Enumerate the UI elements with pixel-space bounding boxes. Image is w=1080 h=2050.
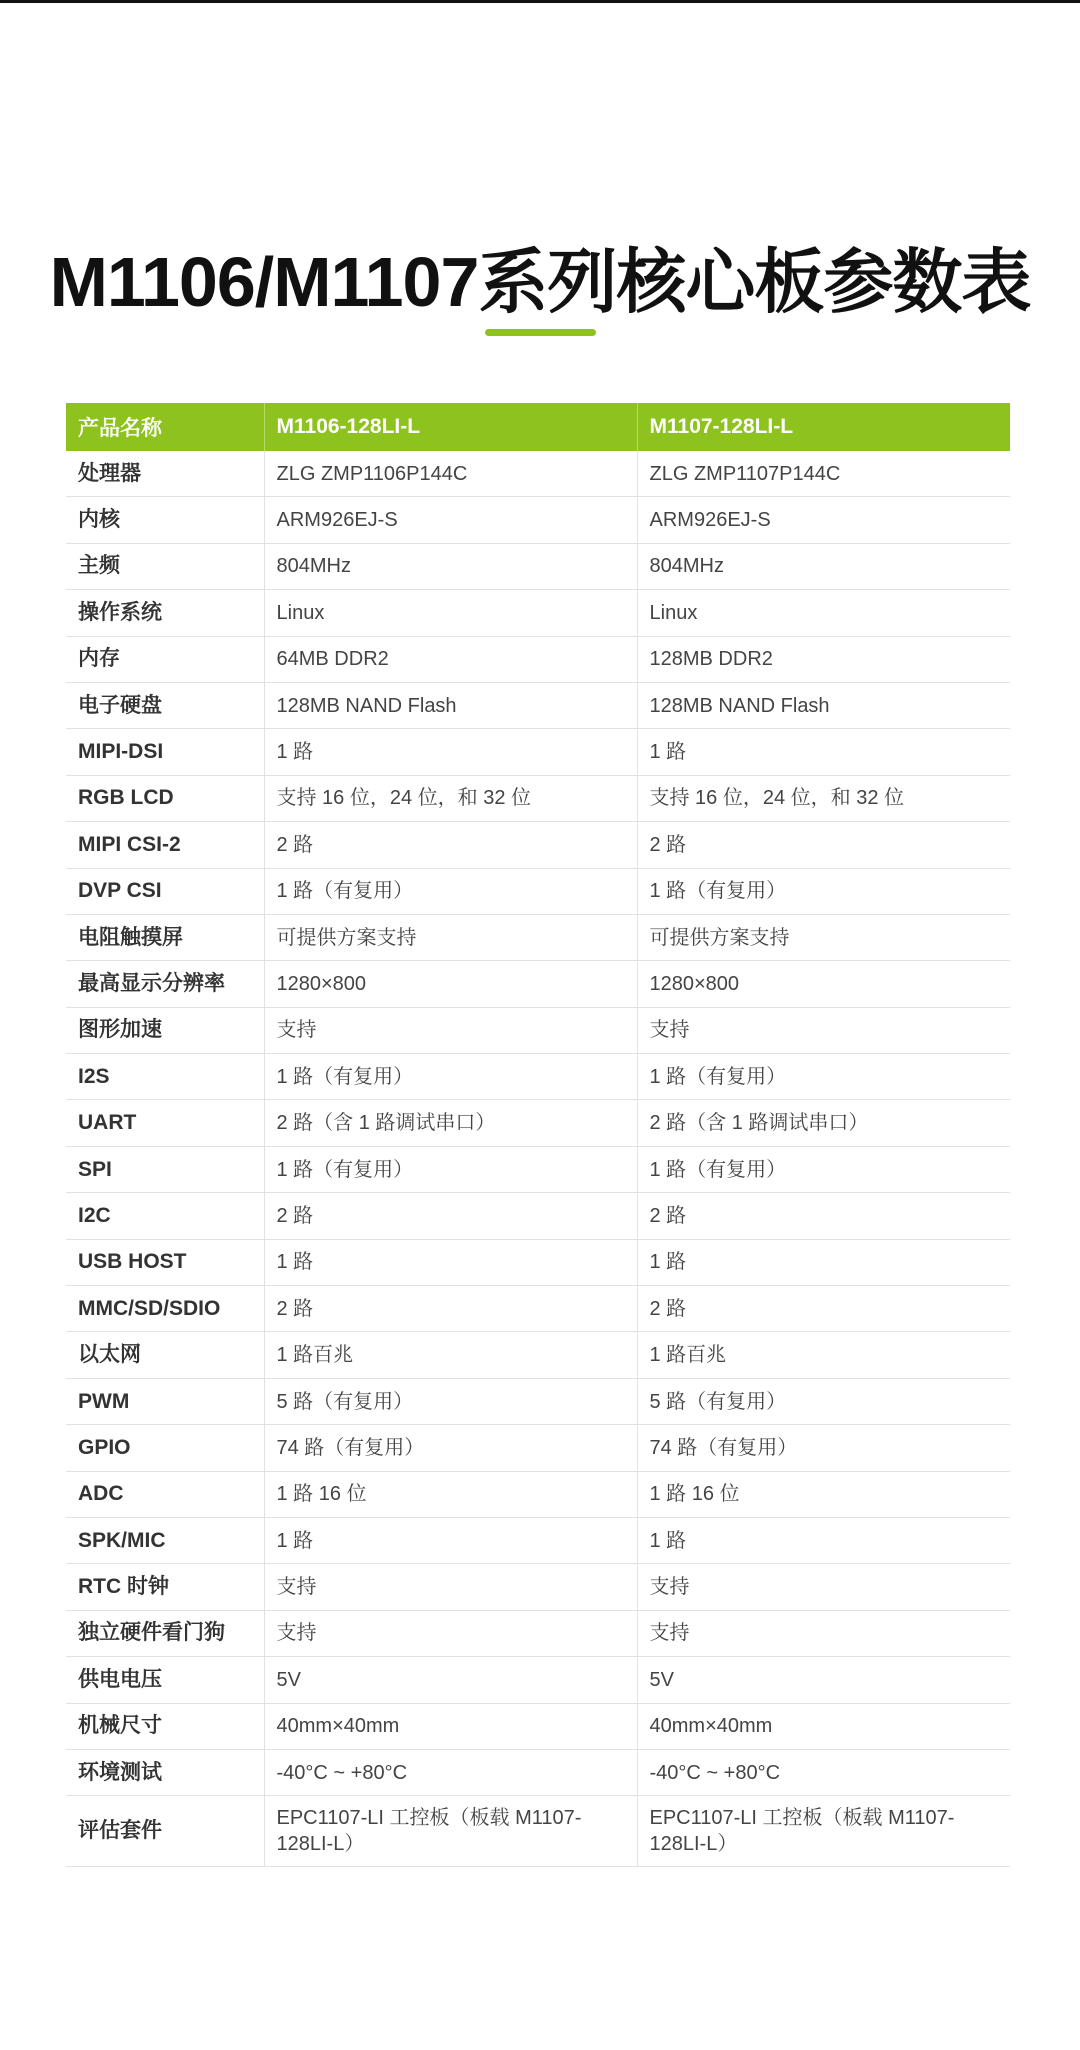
table-row: 独立硬件看门狗支持支持	[66, 1610, 1010, 1656]
cell-m1107: 支持	[637, 1610, 1010, 1656]
cell-m1106: 1 路 16 位	[264, 1471, 637, 1517]
table-row: 操作系统LinuxLinux	[66, 590, 1010, 636]
cell-m1107: -40°C ~ +80°C	[637, 1749, 1010, 1795]
cell-label: MIPI-DSI	[66, 729, 264, 775]
header-m1106: M1106-128LI-L	[264, 403, 637, 451]
cell-m1107: 1 路 16 位	[637, 1471, 1010, 1517]
table-row: DVP CSI1 路（有复用）1 路（有复用）	[66, 868, 1010, 914]
cell-m1106: 5 路（有复用）	[264, 1378, 637, 1424]
cell-m1107: 2 路（含 1 路调试串口）	[637, 1100, 1010, 1146]
table-row: ADC1 路 16 位1 路 16 位	[66, 1471, 1010, 1517]
header-product-name: 产品名称	[66, 403, 264, 451]
table-row: UART2 路（含 1 路调试串口）2 路（含 1 路调试串口）	[66, 1100, 1010, 1146]
cell-label: 内存	[66, 636, 264, 682]
cell-label: 供电电压	[66, 1657, 264, 1703]
cell-label: USB HOST	[66, 1239, 264, 1285]
cell-m1106: 支持	[264, 1007, 637, 1053]
table-row: PWM5 路（有复用）5 路（有复用）	[66, 1378, 1010, 1424]
cell-m1107: 支持	[637, 1007, 1010, 1053]
cell-m1106: 2 路	[264, 1193, 637, 1239]
cell-label: 最高显示分辨率	[66, 961, 264, 1007]
cell-m1107: 40mm×40mm	[637, 1703, 1010, 1749]
cell-label: 评估套件	[66, 1796, 264, 1867]
header-m1107: M1107-128LI-L	[637, 403, 1010, 451]
cell-m1106: 支持 16 位，24 位，和 32 位	[264, 775, 637, 821]
cell-m1106: ARM926EJ-S	[264, 497, 637, 543]
cell-label: 电子硬盘	[66, 682, 264, 728]
cell-label: SPK/MIC	[66, 1517, 264, 1563]
cell-label: SPI	[66, 1146, 264, 1192]
cell-label: 机械尺寸	[66, 1703, 264, 1749]
cell-label: 环境测试	[66, 1749, 264, 1795]
table-row: I2S1 路（有复用）1 路（有复用）	[66, 1054, 1010, 1100]
table-row: I2C2 路2 路	[66, 1193, 1010, 1239]
cell-m1107: 1 路	[637, 1239, 1010, 1285]
cell-m1107: 2 路	[637, 822, 1010, 868]
cell-m1106: 128MB NAND Flash	[264, 682, 637, 728]
table-row: 图形加速支持支持	[66, 1007, 1010, 1053]
cell-label: 以太网	[66, 1332, 264, 1378]
cell-m1107: 1 路（有复用）	[637, 1146, 1010, 1192]
cell-m1106: 可提供方案支持	[264, 914, 637, 960]
table-row: MMC/SD/SDIO2 路2 路	[66, 1286, 1010, 1332]
table-row: 电阻触摸屏可提供方案支持可提供方案支持	[66, 914, 1010, 960]
table-row: RTC 时钟支持支持	[66, 1564, 1010, 1610]
cell-m1106: 1 路（有复用）	[264, 1054, 637, 1100]
cell-m1106: 1 路百兆	[264, 1332, 637, 1378]
cell-m1106: 支持	[264, 1564, 637, 1610]
cell-m1107: 1 路	[637, 729, 1010, 775]
table-row: SPK/MIC1 路1 路	[66, 1517, 1010, 1563]
cell-m1107: 1 路	[637, 1517, 1010, 1563]
cell-m1106: 64MB DDR2	[264, 636, 637, 682]
cell-m1106: 1 路	[264, 1239, 637, 1285]
table-row: MIPI-DSI1 路1 路	[66, 729, 1010, 775]
cell-label: ADC	[66, 1471, 264, 1517]
cell-m1106: 74 路（有复用）	[264, 1425, 637, 1471]
cell-label: MMC/SD/SDIO	[66, 1286, 264, 1332]
cell-m1106: 40mm×40mm	[264, 1703, 637, 1749]
cell-m1107: 5 路（有复用）	[637, 1378, 1010, 1424]
cell-m1107: 5V	[637, 1657, 1010, 1703]
cell-m1106: ZLG ZMP1106P144C	[264, 451, 637, 497]
cell-m1106: 支持	[264, 1610, 637, 1656]
cell-m1107: 804MHz	[637, 543, 1010, 589]
cell-label: GPIO	[66, 1425, 264, 1471]
cell-label: 独立硬件看门狗	[66, 1610, 264, 1656]
cell-label: 主频	[66, 543, 264, 589]
cell-m1107: Linux	[637, 590, 1010, 636]
table-row: USB HOST1 路1 路	[66, 1239, 1010, 1285]
table-row: 环境测试-40°C ~ +80°C-40°C ~ +80°C	[66, 1749, 1010, 1795]
cell-label: DVP CSI	[66, 868, 264, 914]
cell-m1107: 1 路百兆	[637, 1332, 1010, 1378]
table-header-row: 产品名称 M1106-128LI-L M1107-128LI-L	[66, 403, 1010, 451]
title-underline-accent	[485, 329, 596, 336]
spec-table: 产品名称 M1106-128LI-L M1107-128LI-L 处理器ZLG …	[66, 403, 1010, 1867]
cell-label: RTC 时钟	[66, 1564, 264, 1610]
table-row: 内核ARM926EJ-SARM926EJ-S	[66, 497, 1010, 543]
cell-label: I2C	[66, 1193, 264, 1239]
cell-m1106: EPC1107-LI 工控板（板载 M1107-128LI-L）	[264, 1796, 637, 1867]
page-title: M1106/M1107系列核心板参数表	[0, 237, 1080, 327]
cell-m1106: 2 路	[264, 822, 637, 868]
top-border	[0, 0, 1080, 3]
cell-m1107: 2 路	[637, 1286, 1010, 1332]
cell-m1107: EPC1107-LI 工控板（板载 M1107-128LI-L）	[637, 1796, 1010, 1867]
table-row: 内存64MB DDR2128MB DDR2	[66, 636, 1010, 682]
cell-label: 处理器	[66, 451, 264, 497]
table-row: SPI1 路（有复用）1 路（有复用）	[66, 1146, 1010, 1192]
cell-label: RGB LCD	[66, 775, 264, 821]
table-row: 电子硬盘128MB NAND Flash128MB NAND Flash	[66, 682, 1010, 728]
cell-m1106: 1280×800	[264, 961, 637, 1007]
cell-m1107: 支持	[637, 1564, 1010, 1610]
table-row: 以太网1 路百兆1 路百兆	[66, 1332, 1010, 1378]
table-row: 处理器ZLG ZMP1106P144CZLG ZMP1107P144C	[66, 451, 1010, 497]
cell-m1107: ARM926EJ-S	[637, 497, 1010, 543]
cell-m1107: 128MB NAND Flash	[637, 682, 1010, 728]
table-row: 供电电压5V5V	[66, 1657, 1010, 1703]
table-row: GPIO74 路（有复用）74 路（有复用）	[66, 1425, 1010, 1471]
cell-label: UART	[66, 1100, 264, 1146]
cell-label: MIPI CSI-2	[66, 822, 264, 868]
table-row: RGB LCD支持 16 位，24 位，和 32 位支持 16 位，24 位，和…	[66, 775, 1010, 821]
table-row: 机械尺寸40mm×40mm40mm×40mm	[66, 1703, 1010, 1749]
cell-m1106: 804MHz	[264, 543, 637, 589]
cell-m1106: 1 路（有复用）	[264, 1146, 637, 1192]
cell-m1107: ZLG ZMP1107P144C	[637, 451, 1010, 497]
cell-m1107: 1280×800	[637, 961, 1010, 1007]
cell-label: I2S	[66, 1054, 264, 1100]
cell-m1107: 2 路	[637, 1193, 1010, 1239]
cell-m1107: 支持 16 位，24 位，和 32 位	[637, 775, 1010, 821]
cell-m1107: 1 路（有复用）	[637, 868, 1010, 914]
cell-m1107: 128MB DDR2	[637, 636, 1010, 682]
cell-m1106: 1 路	[264, 729, 637, 775]
cell-label: 操作系统	[66, 590, 264, 636]
cell-label: 图形加速	[66, 1007, 264, 1053]
cell-m1106: -40°C ~ +80°C	[264, 1749, 637, 1795]
cell-label: 内核	[66, 497, 264, 543]
table-row: MIPI CSI-22 路2 路	[66, 822, 1010, 868]
cell-m1107: 1 路（有复用）	[637, 1054, 1010, 1100]
table-row: 最高显示分辨率1280×8001280×800	[66, 961, 1010, 1007]
cell-label: PWM	[66, 1378, 264, 1424]
cell-m1106: 1 路	[264, 1517, 637, 1563]
table-row: 评估套件EPC1107-LI 工控板（板载 M1107-128LI-L）EPC1…	[66, 1796, 1010, 1867]
cell-label: 电阻触摸屏	[66, 914, 264, 960]
cell-m1106: 2 路（含 1 路调试串口）	[264, 1100, 637, 1146]
cell-m1106: 5V	[264, 1657, 637, 1703]
cell-m1106: Linux	[264, 590, 637, 636]
cell-m1107: 74 路（有复用）	[637, 1425, 1010, 1471]
cell-m1106: 2 路	[264, 1286, 637, 1332]
cell-m1106: 1 路（有复用）	[264, 868, 637, 914]
cell-m1107: 可提供方案支持	[637, 914, 1010, 960]
table-row: 主频804MHz804MHz	[66, 543, 1010, 589]
